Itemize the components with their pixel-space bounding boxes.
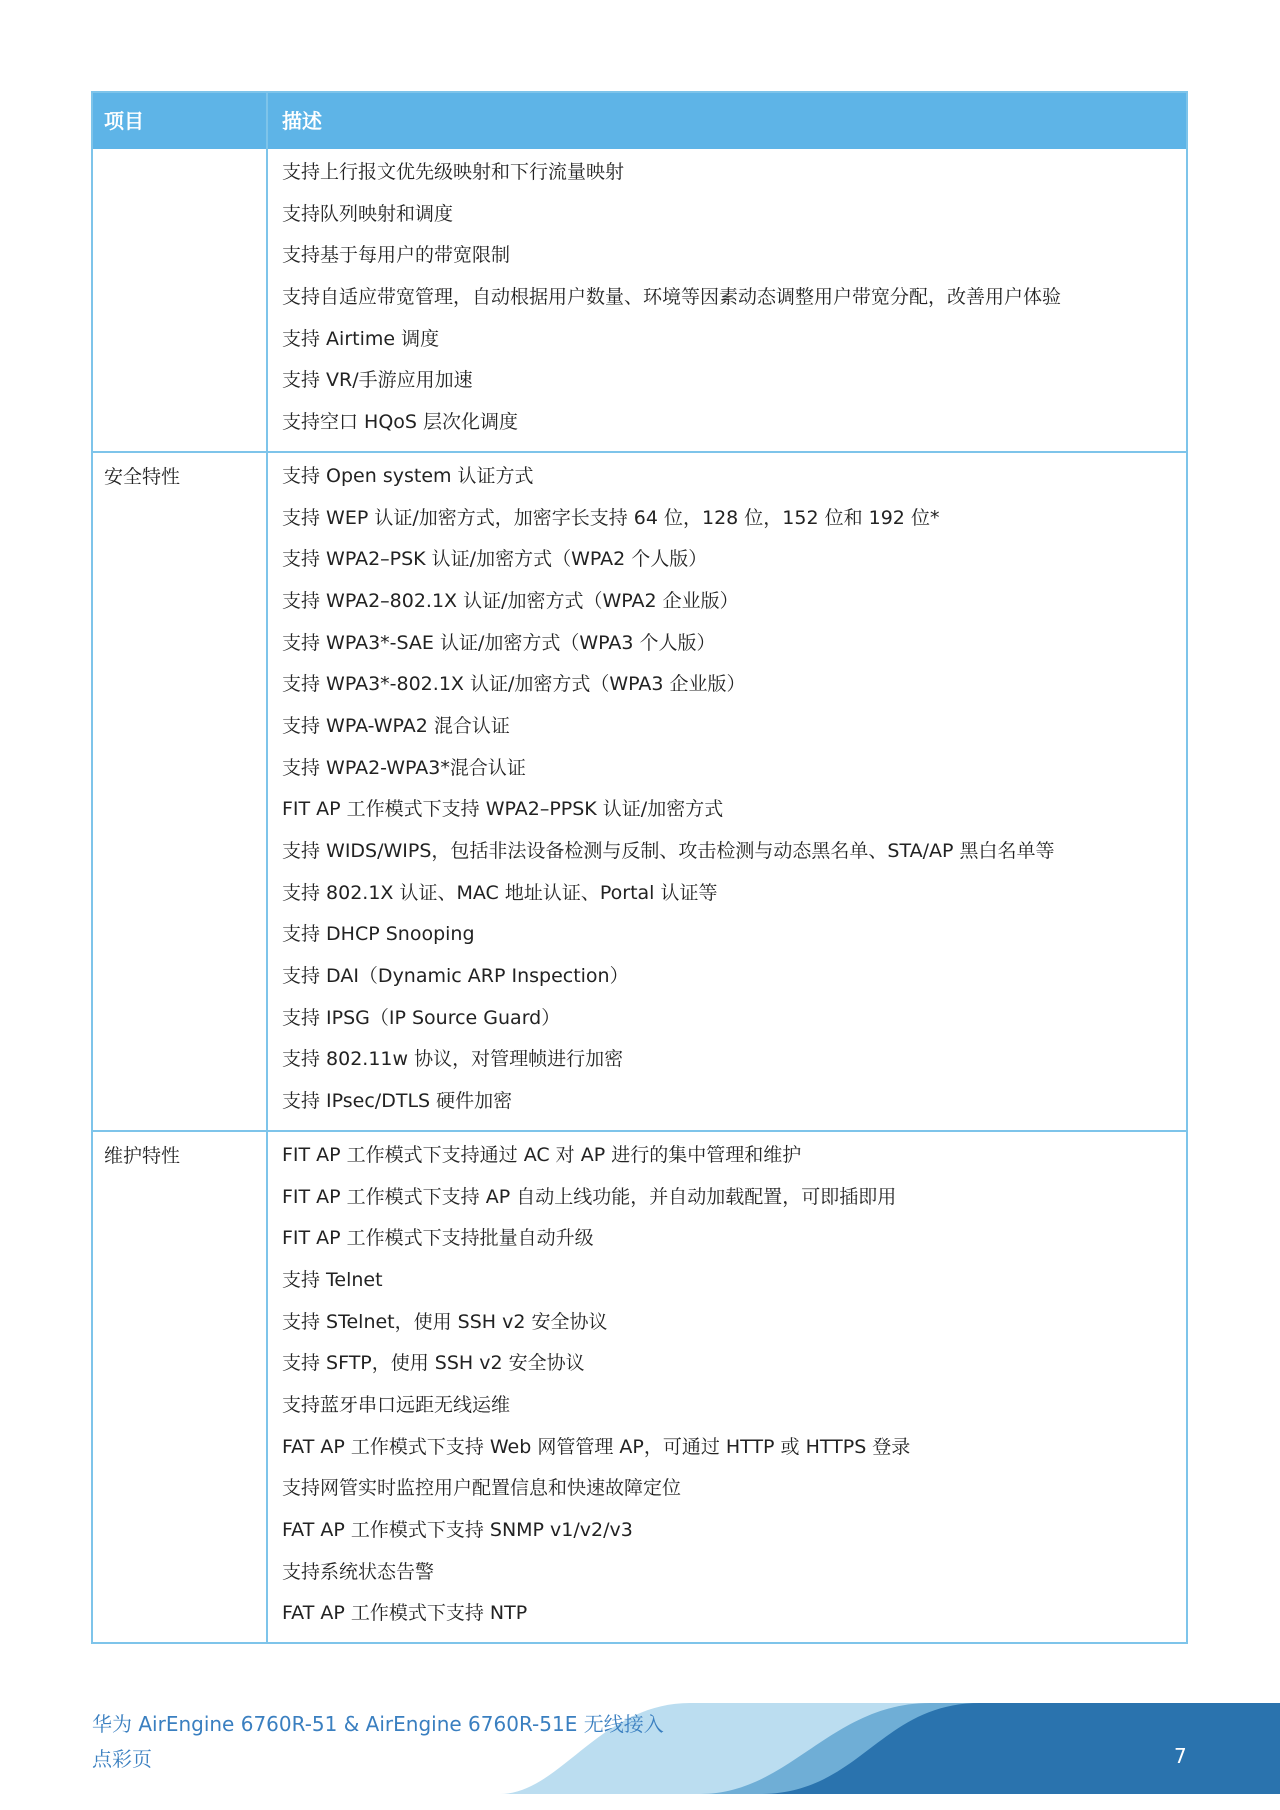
- description-line: 支持 VR/手游应用加速: [282, 360, 1186, 402]
- row-description: 支持上行报文优先级映射和下行流量映射支持队列映射和调度支持基于每用户的带宽限制支…: [268, 149, 1186, 451]
- row-item-label: 维护特性: [93, 1132, 268, 1642]
- row-description: FIT AP 工作模式下支持通过 AC 对 AP 进行的集中管理和维护FIT A…: [268, 1132, 1186, 1642]
- description-line: 支持 STelnet，使用 SSH v2 安全协议: [282, 1302, 1186, 1344]
- description-line: FIT AP 工作模式下支持 WPA2–PPSK 认证/加密方式: [282, 789, 1186, 831]
- description-line: 支持 WIDS/WIPS，包括非法设备检测与反制、攻击检测与动态黑名单、STA/…: [282, 831, 1186, 873]
- description-line: 支持 Telnet: [282, 1260, 1186, 1302]
- description-line: 支持 802.1X 认证、MAC 地址认证、Portal 认证等: [282, 873, 1186, 915]
- description-line: FAT AP 工作模式下支持 SNMP v1/v2/v3: [282, 1510, 1186, 1552]
- row-description: 支持 Open system 认证方式支持 WEP 认证/加密方式，加密字长支持…: [268, 453, 1186, 1130]
- description-line: 支持蓝牙串口远距无线运维: [282, 1385, 1186, 1427]
- description-line: 支持 WPA3*-SAE 认证/加密方式（WPA3 个人版）: [282, 623, 1186, 665]
- table-row: 维护特性FIT AP 工作模式下支持通过 AC 对 AP 进行的集中管理和维护F…: [93, 1130, 1186, 1642]
- row-item-label: [93, 149, 268, 451]
- spec-table: 项目 描述 支持上行报文优先级映射和下行流量映射支持队列映射和调度支持基于每用户…: [91, 91, 1188, 1644]
- footer-doc-title: 华为 AirEngine 6760R-51 & AirEngine 6760R-…: [92, 1707, 664, 1777]
- description-line: FAT AP 工作模式下支持 NTP: [282, 1593, 1186, 1635]
- page-number: 7: [1174, 1744, 1187, 1768]
- description-line: 支持空口 HQoS 层次化调度: [282, 402, 1186, 444]
- header-item: 项目: [93, 93, 268, 149]
- description-line: FIT AP 工作模式下支持通过 AC 对 AP 进行的集中管理和维护: [282, 1135, 1186, 1177]
- description-line: 支持 WPA-WPA2 混合认证: [282, 706, 1186, 748]
- description-line: 支持 WPA2-WPA3*混合认证: [282, 748, 1186, 790]
- description-line: 支持上行报文优先级映射和下行流量映射: [282, 152, 1186, 194]
- description-line: FIT AP 工作模式下支持批量自动升级: [282, 1218, 1186, 1260]
- description-line: 支持 Open system 认证方式: [282, 456, 1186, 498]
- description-line: 支持自适应带宽管理，自动根据用户数量、环境等因素动态调整用户带宽分配，改善用户体…: [282, 277, 1186, 319]
- description-line: 支持队列映射和调度: [282, 194, 1186, 236]
- description-line: 支持 DAI（Dynamic ARP Inspection）: [282, 956, 1186, 998]
- footer-title-line1: 华为 AirEngine 6760R-51 & AirEngine 6760R-…: [92, 1707, 664, 1742]
- table-header: 项目 描述: [93, 93, 1186, 149]
- table-row: 支持上行报文优先级映射和下行流量映射支持队列映射和调度支持基于每用户的带宽限制支…: [93, 149, 1186, 451]
- description-line: FAT AP 工作模式下支持 Web 网管管理 AP，可通过 HTTP 或 HT…: [282, 1427, 1186, 1469]
- description-line: 支持 WPA2–802.1X 认证/加密方式（WPA2 企业版）: [282, 581, 1186, 623]
- description-line: 支持 802.11w 协议，对管理帧进行加密: [282, 1039, 1186, 1081]
- description-line: 支持网管实时监控用户配置信息和快速故障定位: [282, 1468, 1186, 1510]
- description-line: FIT AP 工作模式下支持 AP 自动上线功能，并自动加载配置，可即插即用: [282, 1177, 1186, 1219]
- description-line: 支持 WPA2–PSK 认证/加密方式（WPA2 个人版）: [282, 539, 1186, 581]
- description-line: 支持 IPSG（IP Source Guard）: [282, 998, 1186, 1040]
- table-row: 安全特性支持 Open system 认证方式支持 WEP 认证/加密方式，加密…: [93, 451, 1186, 1130]
- description-line: 支持 IPsec/DTLS 硬件加密: [282, 1081, 1186, 1123]
- description-line: 支持系统状态告警: [282, 1552, 1186, 1594]
- description-line: 支持 WEP 认证/加密方式，加密字长支持 64 位，128 位，152 位和 …: [282, 498, 1186, 540]
- row-item-label: 安全特性: [93, 453, 268, 1130]
- description-line: 支持 WPA3*-802.1X 认证/加密方式（WPA3 企业版）: [282, 664, 1186, 706]
- description-line: 支持 Airtime 调度: [282, 319, 1186, 361]
- description-line: 支持 SFTP，使用 SSH v2 安全协议: [282, 1343, 1186, 1385]
- header-description: 描述: [268, 93, 1186, 149]
- description-line: 支持基于每用户的带宽限制: [282, 235, 1186, 277]
- footer-title-line2: 点彩页: [92, 1742, 664, 1777]
- description-line: 支持 DHCP Snooping: [282, 914, 1186, 956]
